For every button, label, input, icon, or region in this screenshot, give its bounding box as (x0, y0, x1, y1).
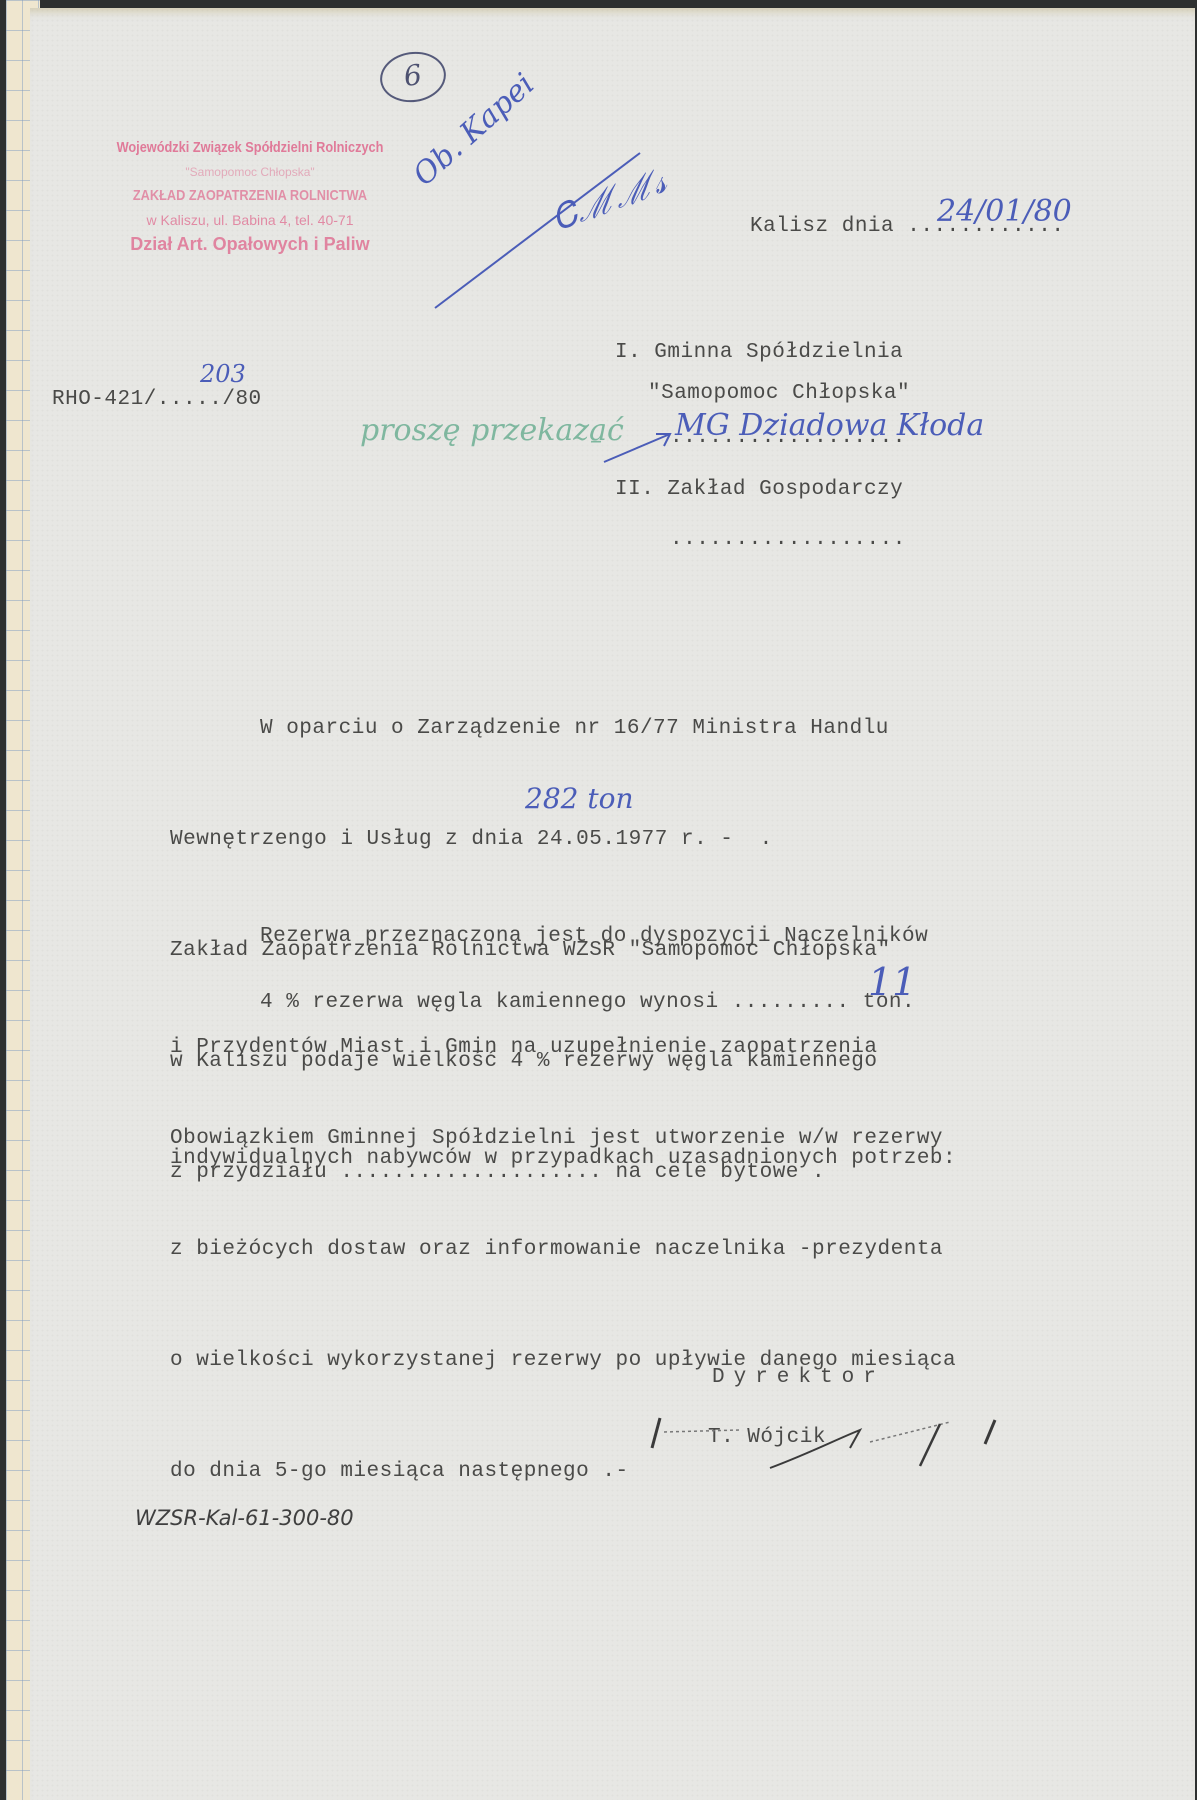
page-number-circled: 6 (377, 48, 449, 107)
annotation-stroke-icon (430, 148, 650, 318)
reserve-handwritten: 11 (868, 960, 916, 1004)
recipient-2-line-1: II. Zakład Gospodarczy (615, 478, 903, 501)
place-date-text: Kalisz dnia (750, 215, 894, 238)
recipient-1-line-2: "Samopomoc Chłopska" (648, 382, 910, 405)
reference-handwritten: 203 (200, 360, 246, 388)
p4-line-1: Obowiązkiem Gminnej Spółdzielni jest utw… (170, 1120, 956, 1157)
reference-suffix: /80 (222, 388, 261, 411)
document-page: 6 Wojewódzki Związek Spółdzielni Rolnicz… (30, 8, 1195, 1800)
stamp-line-2: "Samopomoc Chłopska" (80, 160, 420, 184)
stamp-line-1: Wojewódzki Związek Spółdzielni Rolniczyc… (106, 136, 395, 160)
p2-line-1: Rezerwa przeznaczona jest do dyspozycji … (170, 918, 956, 955)
green-note: proszę przekazać (360, 413, 624, 448)
p3-text-a: 4 % rezerwa węgla kamiennego wynosi (260, 991, 732, 1014)
body-paragraph-4: Obowiązkiem Gminnej Spółdzielni jest utw… (170, 1046, 956, 1564)
stamp-line-4: w Kaliszu, ul. Babina 4, tel. 40-71 (80, 208, 420, 232)
signature-title: Dyrektor (712, 1366, 885, 1389)
recipient-1-handwritten: MG Dziadowa Kłoda (675, 408, 984, 443)
stamp-line-5: Dział Art. Opałowych i Paliw (80, 232, 420, 256)
reference-number: RHO-421/...../80 (52, 388, 262, 411)
stamp-line-3: ZAKŁAD ZAOPATRZENIA ROLNICTWA (106, 184, 395, 208)
allocation-handwritten: 282 ton (525, 782, 634, 815)
green-dash: – (590, 426, 602, 454)
reference-dots: ..... (157, 388, 223, 411)
body-paragraph-3: 4 % rezerwa węgla kamiennego wynosi ....… (260, 991, 915, 1014)
footer-code: WZSR-Kal-61-300-80 (135, 1506, 354, 1530)
date-handwritten: 24/01/80 (937, 194, 1072, 229)
institution-stamp: Wojewódzki Związek Spółdzielni Rolniczyc… (80, 136, 420, 256)
p4-line-2: z bieżócych dostaw oraz informowanie nac… (170, 1231, 956, 1268)
recipient-2-dots: .................. (670, 528, 906, 551)
reference-prefix: RHO-421/ (52, 388, 157, 411)
recipient-1-line-1: I. Gminna Spółdzielnia (615, 341, 903, 364)
reserve-dots: ......... (732, 991, 850, 1014)
p1-line-1: W oparciu o Zarządzenie nr 16/77 Ministr… (170, 710, 891, 747)
signature-stroke-icon (620, 1408, 1000, 1478)
